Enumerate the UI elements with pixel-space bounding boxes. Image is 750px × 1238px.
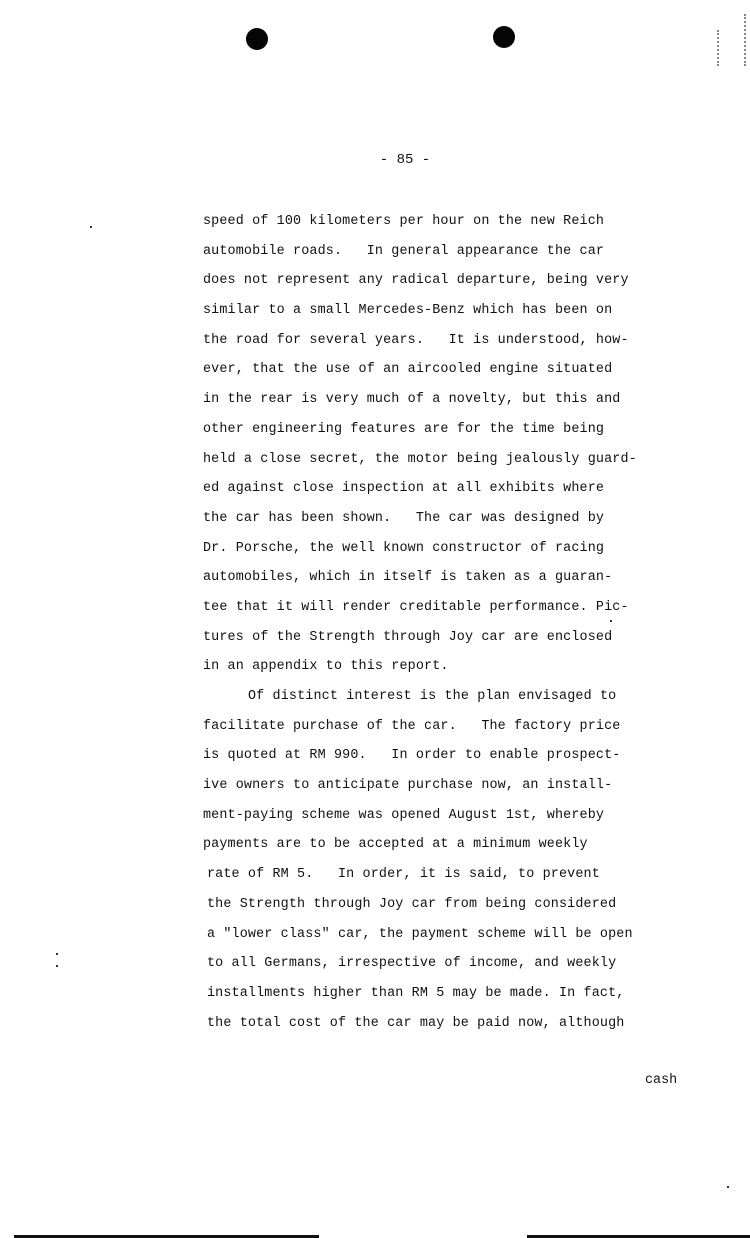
text-line: ed against close inspection at all exhib…	[203, 476, 683, 506]
text-line: other engineering features are for the t…	[203, 417, 683, 447]
text-line: in an appendix to this report.	[203, 654, 683, 684]
text-line: Dr. Porsche, the well known constructor …	[203, 536, 683, 566]
body-text: speed of 100 kilometers per hour on the …	[203, 209, 683, 1040]
page-number: - 85 -	[0, 152, 750, 168]
text-line: payments are to be accepted at a minimum…	[203, 832, 683, 862]
text-line: a "lower class" car, the payment scheme …	[203, 922, 683, 952]
text-line: in the rear is very much of a novelty, b…	[203, 387, 683, 417]
punch-hole-right	[493, 26, 515, 48]
scan-speck	[727, 1186, 729, 1188]
text-line: the car has been shown. The car was desi…	[203, 506, 683, 536]
scan-speck	[610, 620, 612, 622]
text-line: tures of the Strength through Joy car ar…	[203, 625, 683, 655]
text-line: facilitate purchase of the car. The fact…	[203, 714, 683, 744]
text-line: the road for several years. It is unders…	[203, 328, 683, 358]
document-page: - 85 - speed of 100 kilometers per hour …	[0, 0, 750, 1238]
edge-scan-marks-top-2	[744, 14, 750, 66]
text-line: automobiles, which in itself is taken as…	[203, 565, 683, 595]
text-line: does not represent any radical departure…	[203, 268, 683, 298]
edge-scan-marks-top	[717, 30, 723, 66]
text-line: installments higher than RM 5 may be mad…	[203, 981, 683, 1011]
catchword: cash	[645, 1073, 677, 1088]
scan-speck	[90, 226, 92, 228]
text-line: rate of RM 5. In order, it is said, to p…	[203, 862, 683, 892]
text-line: automobile roads. In general appearance …	[203, 239, 683, 269]
text-line-indented: Of distinct interest is the plan envisag…	[203, 684, 683, 714]
paragraph-2: Of distinct interest is the plan envisag…	[203, 684, 683, 1040]
text-line: speed of 100 kilometers per hour on the …	[203, 209, 683, 239]
text-line: is quoted at RM 990. In order to enable …	[203, 743, 683, 773]
text-line: to all Germans, irrespective of income, …	[203, 951, 683, 981]
scan-speck	[56, 953, 58, 955]
text-line: the Strength through Joy car from being …	[203, 892, 683, 922]
text-line: ment-paying scheme was opened August 1st…	[203, 803, 683, 833]
text-line: ive owners to anticipate purchase now, a…	[203, 773, 683, 803]
punch-hole-left	[246, 28, 268, 50]
text-line: held a close secret, the motor being jea…	[203, 447, 683, 477]
text-line: the total cost of the car may be paid no…	[203, 1011, 683, 1041]
paragraph-1: speed of 100 kilometers per hour on the …	[203, 209, 683, 684]
text-line: ever, that the use of an aircooled engin…	[203, 357, 683, 387]
scan-speck	[56, 965, 58, 967]
text-line: similar to a small Mercedes-Benz which h…	[203, 298, 683, 328]
